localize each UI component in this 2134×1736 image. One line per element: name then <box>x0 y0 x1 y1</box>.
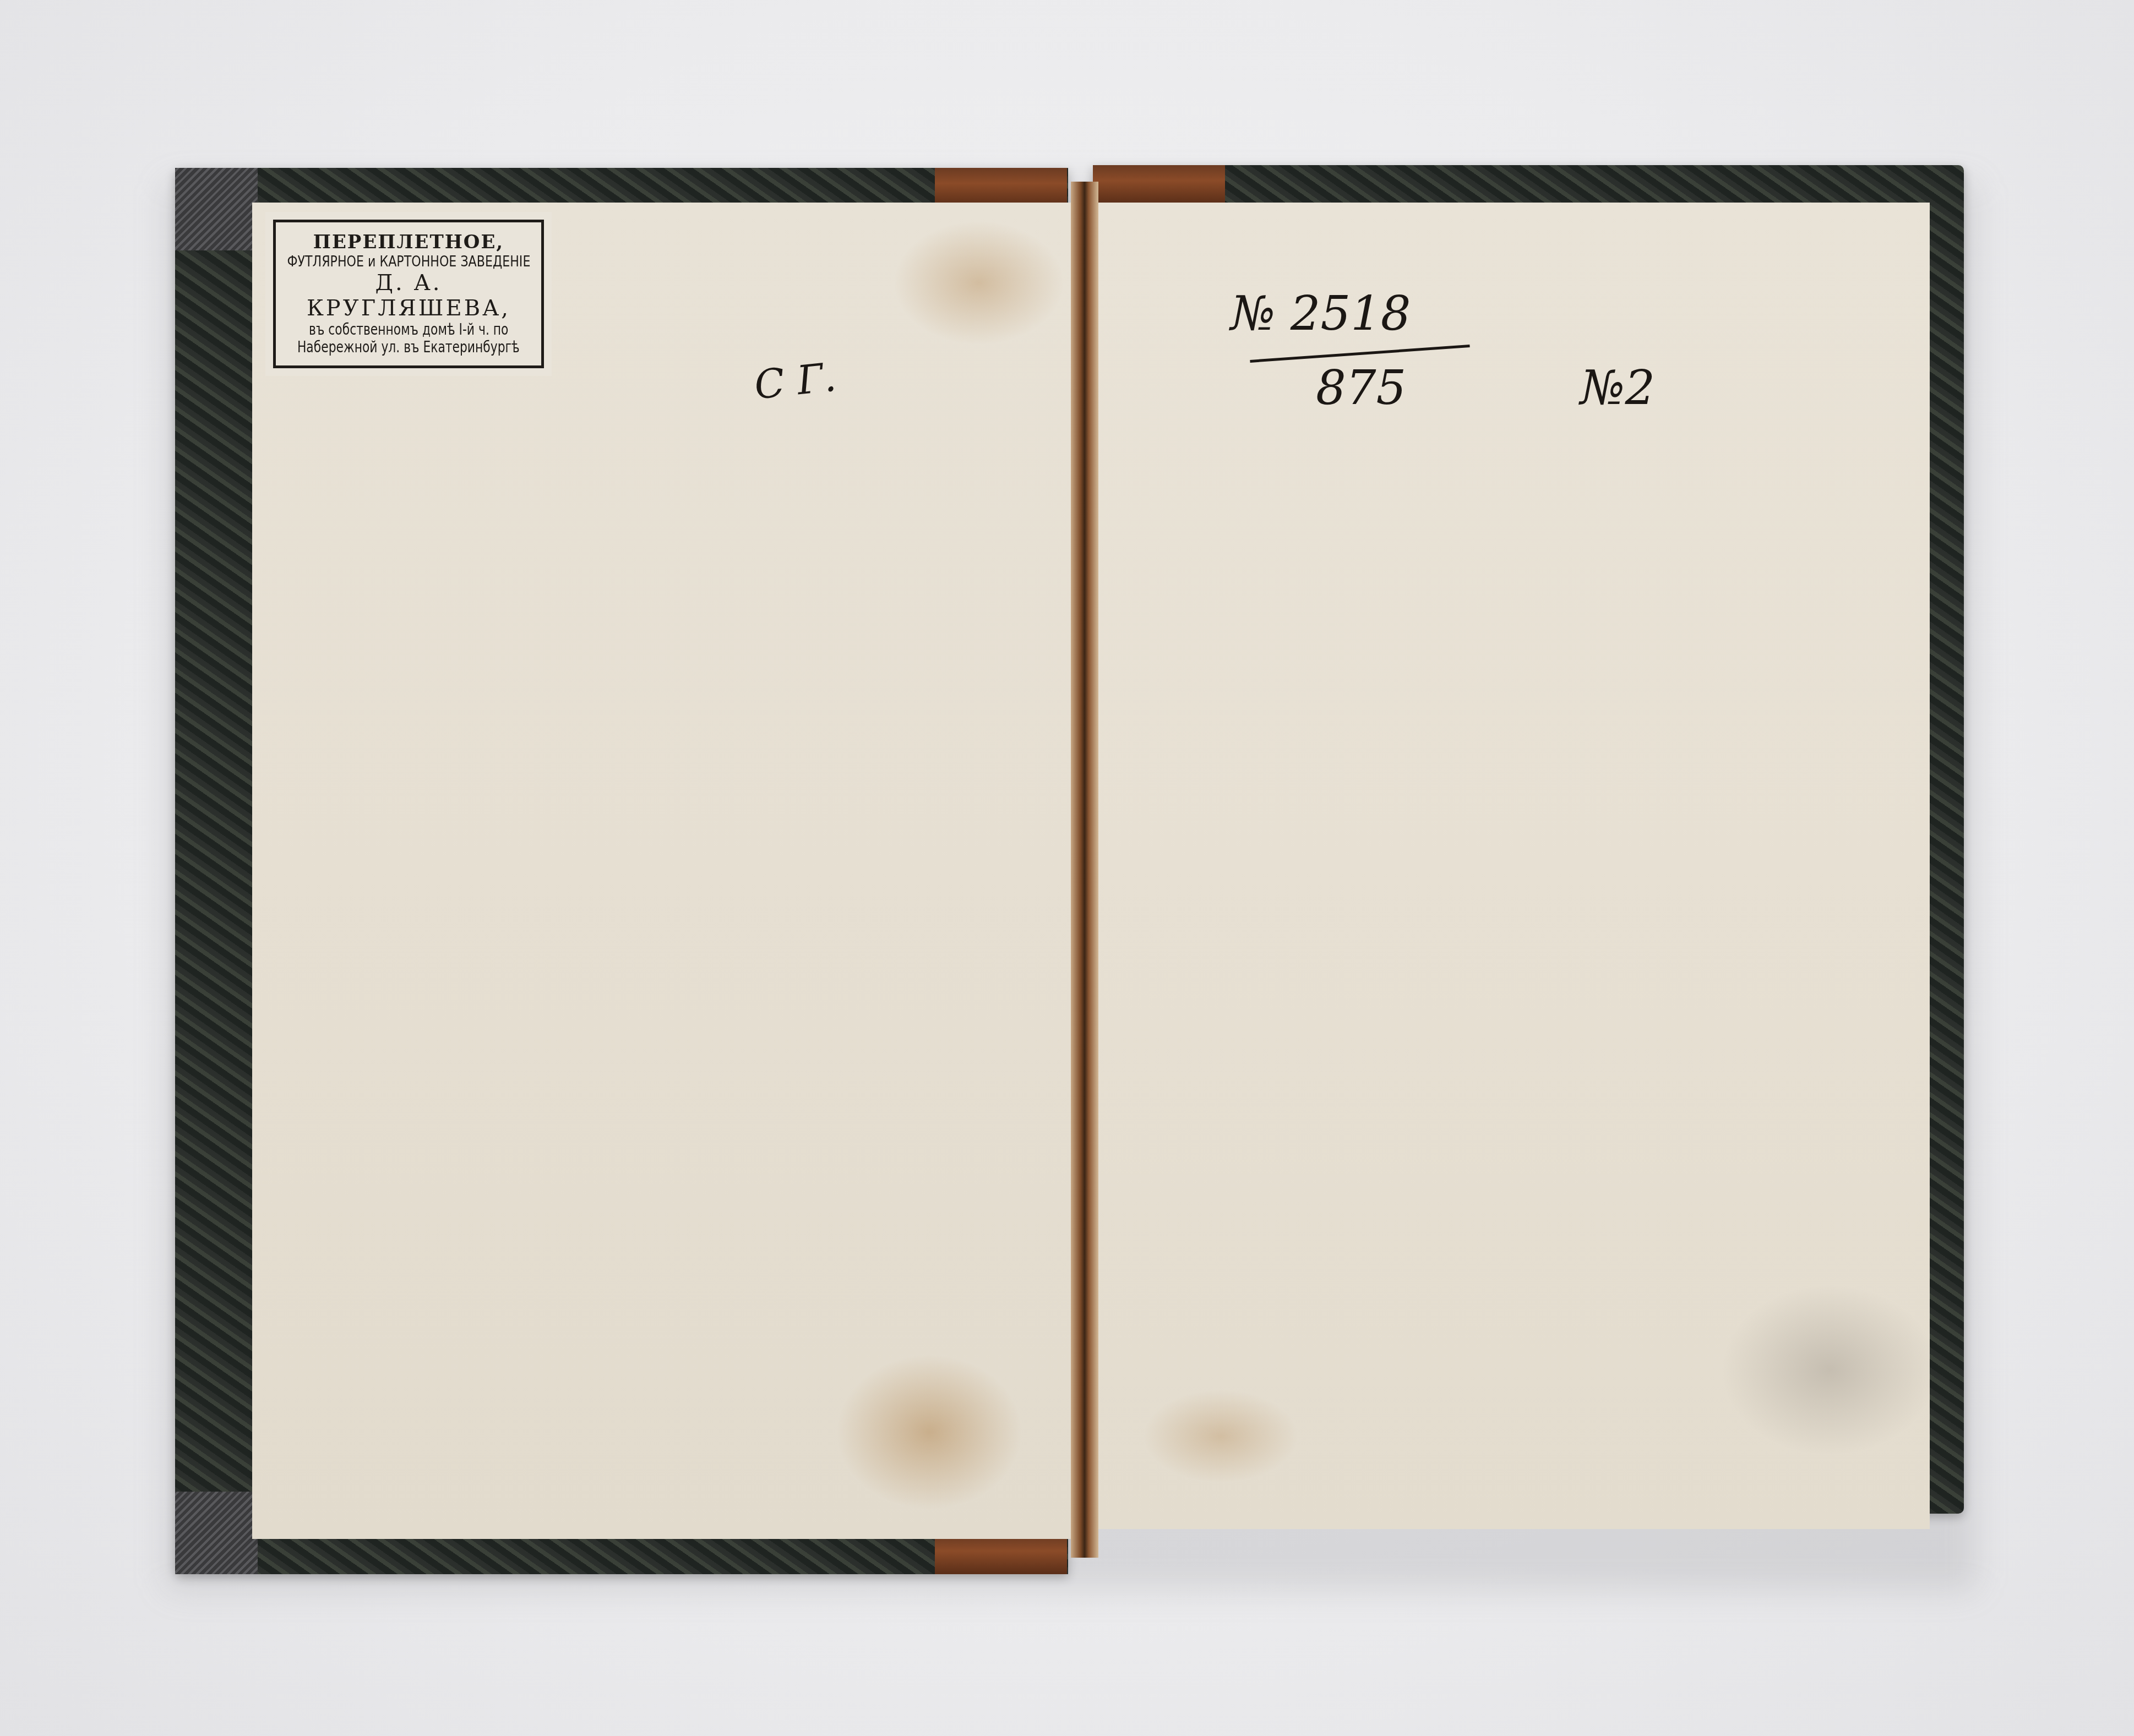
catalog-number: № 2518 <box>1231 286 1411 341</box>
volume-mark: №2 <box>1580 361 1655 416</box>
corner-cloth-bottom-left <box>175 1492 258 1574</box>
label-binder-name: Д. А. КРУГЛЯШЕВА, <box>276 270 541 321</box>
left-endpaper <box>252 203 1078 1539</box>
spine-leather-top-right <box>1093 165 1225 204</box>
binder-label-frame: ПЕРЕПЛЕТНОЕ, ФУТЛЯРНОЕ и КАРТОННОЕ ЗАВЕД… <box>273 220 544 368</box>
label-address-1: въ собственномъ домѣ І-й ч. по <box>309 321 508 339</box>
label-line-1: ПЕРЕПЛЕТНОЕ, <box>313 232 504 253</box>
spine-leather-bottom-left <box>935 1536 1067 1574</box>
book-gutter <box>1071 182 1098 1558</box>
left-page-handwriting: С Г. <box>752 353 839 408</box>
binder-label: ПЕРЕПЛЕТНОЕ, ФУТЛЯРНОЕ и КАРТОННОЕ ЗАВЕД… <box>265 212 552 376</box>
corner-cloth-top-left <box>175 168 258 250</box>
label-line-2: ФУТЛЯРНОЕ и КАРТОННОЕ ЗАВЕДЕНІЕ <box>287 253 530 270</box>
catalog-denominator: 875 <box>1316 361 1406 416</box>
right-endpaper <box>1096 203 1930 1529</box>
spine-leather-top-left <box>935 168 1067 206</box>
label-address-2: Набережной ул. въ Екатеринбургѣ <box>297 339 520 356</box>
